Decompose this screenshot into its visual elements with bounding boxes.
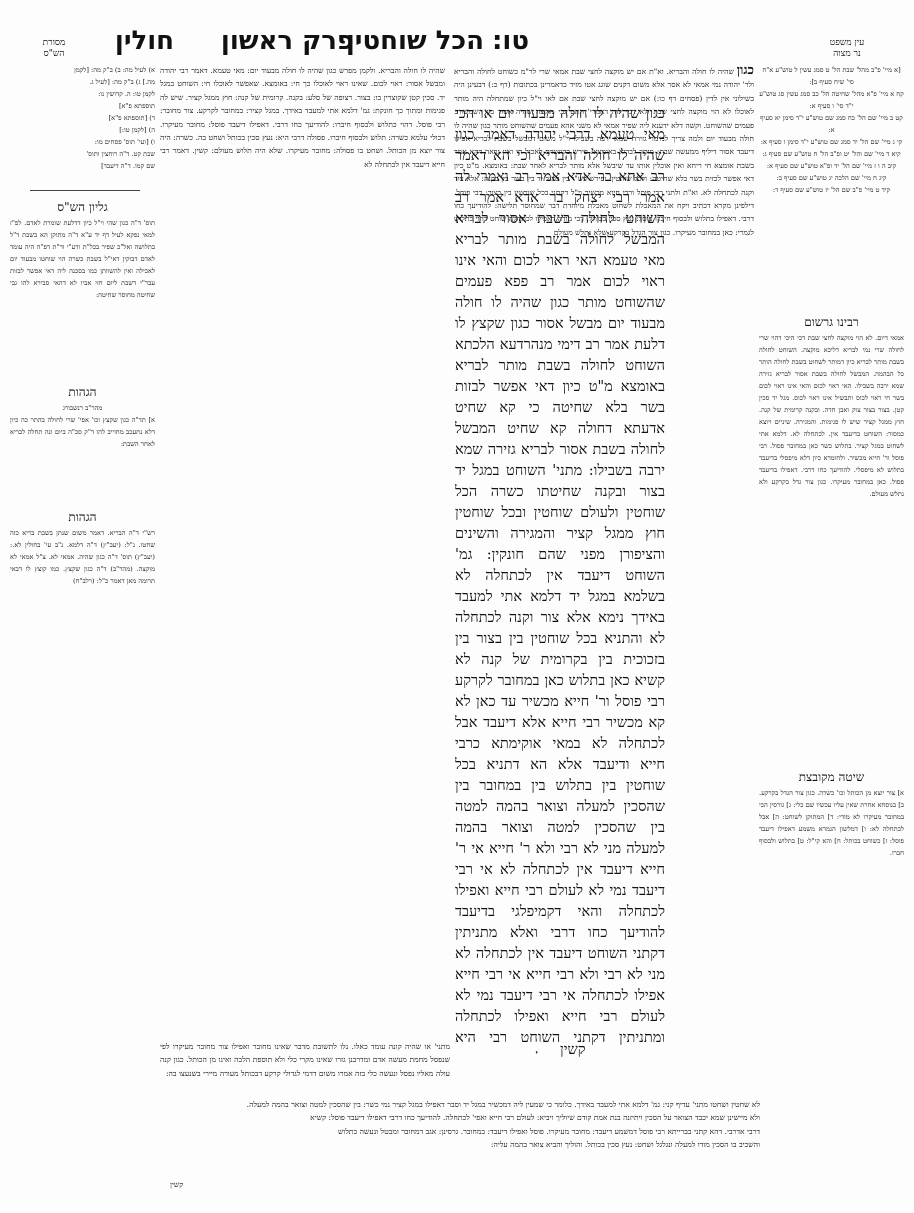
chapter-name: הכל שוחטין: [346, 26, 484, 56]
hagahot-section-2: הגהות רש"י ד"ה הבריא. דאמר משום שנתן בשב…: [10, 505, 155, 685]
masoret-entry: א) לעיל מה: ב) ב"ק מה: [לקמן: [10, 64, 155, 76]
masoret-entry: ד) [תוספתא פ"א]: [10, 112, 155, 124]
footer-line: דרבי אדרבי. דהא קתני בברייתא רבי פוסל דמ…: [160, 1125, 760, 1138]
footer-line: לא שחטין ושחטו מתני' עדיף קני: גמ' דלמא …: [160, 1098, 760, 1111]
ein-mishpat-entry: קיד ט מיי' פ"ב שם הל' יז טוש"ע שם סעיף ד…: [759, 184, 904, 196]
masoret-hashas-column: א) לעיל מה: ב) ב"ק מה: [לקמן מה.] ג) ב"ק…: [10, 64, 155, 184]
ein-mishpat-entry: קיב ה ו ז מיי' שם הל' יד ופ"א טוש"ע שם ס…: [759, 160, 904, 172]
hagahot-text: א] תד"ה כגון שקצץ וכו' אפי' שרי לחולה בה…: [10, 414, 155, 450]
rashi-footer-continuation: מתני' או שהיה קונה עומד כאלו. נלו לתשובת…: [160, 1040, 450, 1100]
gemara-text: כגון שהיה לו חולה מבעוד יום או הכי מאי ט…: [455, 106, 665, 1054]
hagahot-title: הגהות: [10, 386, 155, 398]
ner-mitzvah-label: נר מצוה: [792, 49, 902, 60]
footer-line: והשכיב בו הסכין מודו למעלה ונגלגל ושחט: …: [160, 1138, 760, 1151]
ein-mishpat-entry: קי ג מיי' שם הל' יד סמג שם טוש"ע י"ד סימ…: [759, 136, 904, 148]
shita-mekubetzet-title: שיטה מקובצת: [759, 771, 904, 783]
gilyon-hashas-title: גליון הש"ס: [10, 201, 155, 213]
masoret-entry: שבת קט. ד"ה רוחצין ותוס': [10, 148, 155, 160]
ein-mishpat-entry: קח א מיי' פ"א מהל' שחיטה הל' כב סמג עשין…: [759, 88, 904, 112]
masoret-entry: ה) [לקמן טו:]: [10, 124, 155, 136]
catchword: קשין: [170, 1178, 183, 1191]
shita-mekubetzet-text: א] צור יוצא מן הכותל וכו' כשרה. כגון צור…: [759, 787, 904, 859]
ein-mishpat-column: [א מיי' פ"ב מהל' שבת הל' ט סמג עשין ל טו…: [759, 64, 904, 304]
ornament-divider: [30, 190, 140, 191]
rashi-footer-text: מתני' או שהיה קונה עומד כאלו. נלו לתשובת…: [160, 1042, 450, 1078]
hagahot-text-2: רש"י ד"ה הבריא. דאמר משום שנתן בשבת בריא…: [10, 527, 155, 587]
gilyon-hashas-section: גליון הש"ס תוס' ד"ה כגון שהי וי"ל כיון ד…: [10, 195, 155, 370]
ein-mishpat-entry: קיא ד מיי' שם והל' יט ופ"ב הל' ח טוש"ע ש…: [759, 148, 904, 160]
footer-line: ולא מיישינן שמא יכבד הצואר על הסכין ויתי…: [160, 1111, 760, 1124]
ein-mishpat-label: עין משפט: [792, 38, 902, 49]
perek-label: פרק ראשון: [221, 26, 354, 56]
rabbeinu-gershom-text: אמאי דיום. לא הוי מוקצה לחצי שבת דכי היכ…: [759, 332, 904, 500]
rashi-column: שהיה לו חולה והבריא. ולקמן מפרש כגון שהי…: [160, 64, 445, 1044]
gemara-text-block: כגון שהיה לו חולה מבעוד יום או הכי מאי ט…: [455, 104, 665, 1054]
shita-mekubetzet-section: שיטה מקובצת א] צור יוצא מן הכותל וכו' כש…: [759, 765, 904, 965]
tosafot-opening-word: כגון: [737, 64, 754, 78]
ein-mishpat-entry: קט ב מיי' שם הל' כח סמג שם טוש"ע י"ד סימ…: [759, 112, 904, 136]
ein-mishpat-entry: קיג ח מיי' שם הלכה יג טוש"ע שם סעיף ב:: [759, 172, 904, 184]
masoret-label: מסורת: [14, 38, 94, 49]
ein-mishpat-entry: [א מיי' פ"ב מהל' שבת הל' ט סמג עשין ל טו…: [759, 64, 904, 88]
hagahot-title-2: הגהות: [10, 511, 155, 523]
masoret-hashas-header: מסורת הש"ס: [14, 38, 94, 60]
masoret-entry: לקמן טו: ה. קדושין נו:: [10, 88, 155, 100]
masoret-entry: ו) [ועי' תוס' פסחים מו:: [10, 136, 155, 148]
daf-number: טו:: [492, 26, 529, 56]
rashi-text: שהיה לו חולה והבריא. ולקמן מפרש כגון שהי…: [160, 66, 445, 169]
hagahot-section-1: הגהות מהר"ב רנשבורג א] תד"ה כגון שקצץ וכ…: [10, 380, 155, 490]
masoret-entry: תוספתא פ"א]: [10, 100, 155, 112]
tractate-name: חולין: [115, 26, 174, 56]
footer-lines: לא שחטין ושחטו מתני' עדיף קני: גמ' דלמא …: [160, 1098, 760, 1168]
gemara-end-word: קשין: [560, 1040, 586, 1061]
masoret-entry: מה.] ג) ב"ק מה: [לעיל ג.: [10, 76, 155, 88]
masoret-entry: שם קמו. ד"ה דיעבד]: [10, 160, 155, 172]
rabbeinu-gershom-section: רבינו גרשום אמאי דיום. לא הוי מוקצה לחצי…: [759, 310, 904, 750]
rabbeinu-gershom-title: רבינו גרשום: [759, 316, 904, 328]
hagahot-subtitle: מהר"ב רנשבורג: [10, 402, 155, 414]
hashas-label: הש"ס: [14, 49, 94, 60]
gilyon-hashas-text: תוס' ד"ה כגון שהי וי"ל כיון דדלעת שומרת …: [10, 217, 155, 301]
ein-mishpat-header: עין משפט נר מצוה: [792, 38, 902, 60]
